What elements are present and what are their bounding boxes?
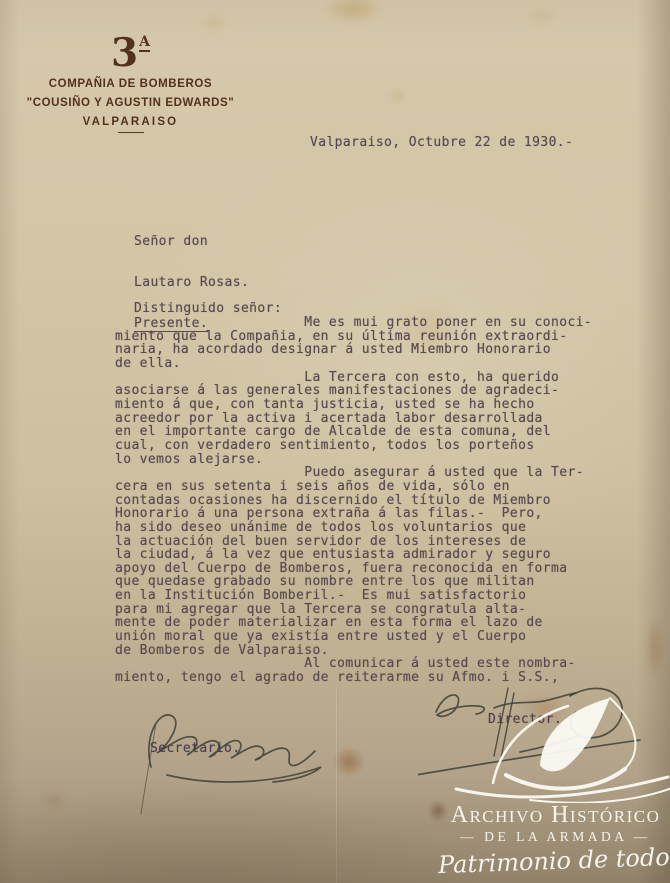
letterhead-company-subtitle: "COUSIÑO Y AGUSTIN EDWARDS": [18, 97, 243, 109]
watermark-motto: Patrimonio de todos: [438, 844, 670, 878]
addressee-name: Lautaro Rosas.: [134, 276, 249, 290]
secretary-signature: [115, 695, 345, 820]
watermark-archive-title: Archivo Histórico: [438, 803, 670, 827]
letterhead: 3A COMPAÑIA DE BOMBEROS "COUSIÑO Y AGUST…: [18, 24, 243, 133]
company-number-suffix: A: [139, 34, 150, 52]
letter-body: Me es mui grato poner en su conoci- mien…: [115, 316, 592, 685]
letter-document: 3A COMPAÑIA DE BOMBEROS "COUSIÑO Y AGUST…: [0, 0, 670, 883]
company-number: 3A: [18, 24, 243, 71]
salutation: Distinguido señor:: [134, 302, 282, 316]
paper-stain: [42, 792, 66, 810]
paper-stain: [388, 88, 408, 104]
paper-stain: [526, 6, 558, 26]
letterhead-company-name: COMPAÑIA DE BOMBEROS: [18, 78, 243, 90]
watermark-armada-subtitle: — DE LA ARMADA —: [438, 829, 670, 845]
paper-stain: [645, 615, 665, 680]
addressee-honorific: Señor don: [134, 235, 249, 249]
director-signature: [418, 680, 658, 785]
paper-stain: [322, 0, 384, 24]
letterhead-city: VALPARAISO: [18, 116, 243, 128]
date-line: Valparaiso, Octubre 22 de 1930.-: [310, 136, 573, 150]
letterhead-rule: [118, 132, 144, 133]
paper-stain: [428, 800, 448, 822]
